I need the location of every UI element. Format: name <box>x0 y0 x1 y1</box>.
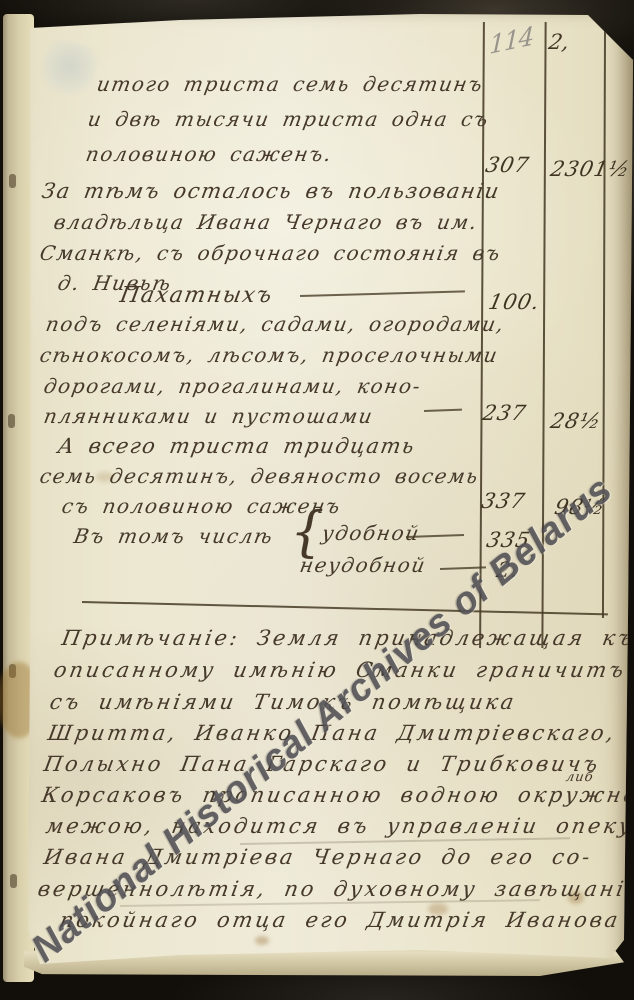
manuscript-line: Пахатныхъ <box>118 283 275 308</box>
manuscript-line: владѣльца Ивана Чернаго въ им. <box>52 210 480 234</box>
section-separator-line <box>82 601 608 615</box>
area-value-sazheni: 28½ <box>548 409 603 433</box>
binding-stitch <box>9 174 16 188</box>
note-line: Примѣчаніе: Земля принадлежащая къ <box>60 626 634 650</box>
manuscript-line: плянниками и пустошами <box>42 404 375 428</box>
manuscript-line: сѣнокосомъ, лѣсомъ, проселочными <box>38 343 501 367</box>
manuscript-line: удобной <box>320 521 422 545</box>
ink-dash <box>300 290 465 296</box>
area-value-desyatiny: 337 <box>479 489 527 513</box>
binding-stitch <box>8 414 15 428</box>
paper-crease <box>240 837 570 844</box>
archive-document-scan: 114 2, итого триста семь десятинъ и двѣ … <box>0 0 634 1000</box>
manuscript-line: Въ томъ числѣ <box>72 524 276 548</box>
table-right-border-line <box>602 22 606 618</box>
manuscript-line: итого триста семь десятинъ <box>95 72 485 96</box>
foxing-spot <box>255 936 269 945</box>
area-value-desyatiny: 307 <box>483 153 531 177</box>
folio-number-pencil: 114 <box>489 21 534 60</box>
area-value-desyatiny: 100. <box>486 290 542 314</box>
binding-stitch <box>10 874 17 888</box>
manuscript-line: А всего триста тридцать <box>56 434 417 458</box>
manuscript-page: 114 2, итого триста семь десятинъ и двѣ … <box>0 0 634 1000</box>
manuscript-line: семь десятинъ, девяносто восемь <box>38 464 481 488</box>
note-line: Корсаковъ прописанною водною окружною <box>40 783 634 807</box>
manuscript-line: подъ селеніями, садами, огородами, <box>44 312 507 336</box>
note-line: покойнаго отца его Дмитрія Иванова <box>58 908 622 932</box>
ink-dash <box>424 409 462 412</box>
manuscript-line: Сманкѣ, съ оброчнаго состоянія въ <box>38 241 503 265</box>
manuscript-line: дорогами, прогалинами, коно- <box>42 374 423 398</box>
manuscript-line: За тѣмъ осталось въ пользованіи <box>40 179 502 203</box>
note-superscript: либ <box>565 770 595 785</box>
note-line: Полыхно Пана Гарскаго и Трибковичъ <box>42 752 602 776</box>
manuscript-line: половиною саженъ. <box>84 142 334 166</box>
area-value-sazheni: 2301½ <box>548 157 632 181</box>
manuscript-line: и двѣ тысячи триста одна съ <box>86 107 491 131</box>
curly-brace: { <box>290 505 324 559</box>
note-line: съ имѣніями Тимокъ помѣщика <box>48 690 518 714</box>
embossed-stamp <box>37 37 101 101</box>
area-value-desyatiny: 237 <box>480 401 528 425</box>
folio-number-ink: 2, <box>547 30 571 54</box>
manuscript-line: неудобной <box>298 553 428 577</box>
note-line: межою, находится въ управленіи опекуна <box>44 814 634 838</box>
